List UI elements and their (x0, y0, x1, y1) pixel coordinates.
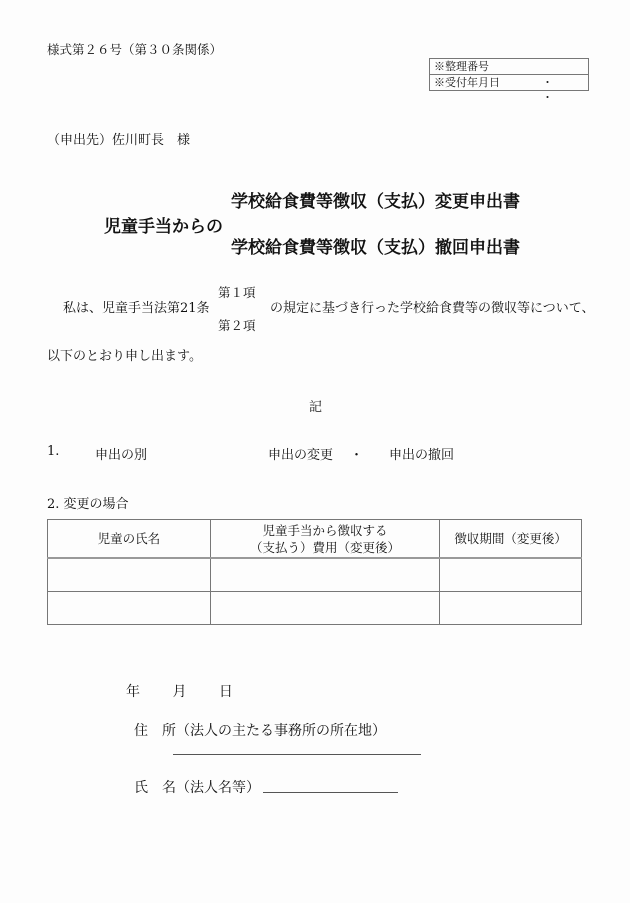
option-change[interactable]: 申出の変更 (268, 444, 333, 463)
table-header-row: 児童の氏名 児童手当から徴収する （支払う）費用（変更後） 徴収期間（変更後） (48, 520, 582, 559)
date-month: 月 (172, 684, 186, 700)
address-label: 住 所（法人の主たる事務所の所在地） (134, 720, 386, 740)
clause-option-2: 第２項 (218, 316, 256, 334)
title-option-withdraw: 学校給食費等徴収（支払）撤回申出書 (231, 233, 520, 258)
cell-cost[interactable] (210, 558, 440, 592)
reference-box: ※整理番号 ※受付年月日 ・ ・ (429, 58, 589, 91)
cell-child-name[interactable] (48, 558, 211, 592)
addressee: （申出先）佐川町長 様 (47, 129, 190, 148)
cell-child-name[interactable] (48, 592, 211, 625)
header-child-name: 児童の氏名 (48, 520, 211, 559)
title-prefix: 児童手当からの (104, 212, 223, 237)
reception-date-row: ※受付年月日 ・ ・ (430, 74, 588, 90)
header-cost: 児童手当から徴収する （支払う）費用（変更後） (210, 520, 440, 559)
table-row (48, 592, 582, 625)
ki-heading: 記 (309, 396, 322, 415)
form-number: 様式第２６号（第３０条関係） (47, 40, 222, 58)
date-field[interactable]: 年 月 日 (126, 681, 261, 701)
option-separator: ・ (350, 444, 363, 463)
name-label: 氏 名（法人名等） (134, 777, 260, 797)
title-option-change: 学校給食費等徴収（支払）変更申出書 (231, 187, 520, 212)
body-text-pre: 私は、児童手当法第21条 (63, 297, 210, 316)
header-cost-line1: 児童手当から徴収する (211, 522, 440, 539)
date-year: 年 (126, 684, 140, 700)
body-text-line2: 以下のとおり申し出ます。 (47, 345, 202, 364)
reference-number-label: ※整理番号 (434, 60, 489, 73)
reception-date-label: ※受付年月日 (434, 76, 500, 89)
clause-option-1: 第１項 (218, 283, 256, 301)
item2-label: 2. 変更の場合 (47, 493, 129, 512)
header-cost-line2: （支払う）費用（変更後） (211, 539, 440, 556)
option-withdraw[interactable]: 申出の撤回 (389, 444, 454, 463)
table-row (48, 558, 582, 592)
item1-label: 申出の別 (95, 444, 147, 463)
header-period: 徴収期間（変更後） (440, 520, 582, 559)
address-input-line[interactable] (173, 754, 421, 755)
cell-cost[interactable] (210, 592, 440, 625)
name-input-line[interactable] (263, 792, 398, 793)
reference-number-row: ※整理番号 (430, 59, 588, 74)
date-day: 日 (219, 684, 233, 700)
cell-period[interactable] (440, 592, 582, 625)
body-text-post: の規定に基づき行った学校給食費等の徴収等について、 (270, 297, 594, 316)
item1-number: 1. (47, 444, 59, 459)
reception-date-value: ・ ・ (542, 75, 588, 105)
change-table: 児童の氏名 児童手当から徴収する （支払う）費用（変更後） 徴収期間（変更後） (47, 519, 582, 625)
cell-period[interactable] (440, 558, 582, 592)
